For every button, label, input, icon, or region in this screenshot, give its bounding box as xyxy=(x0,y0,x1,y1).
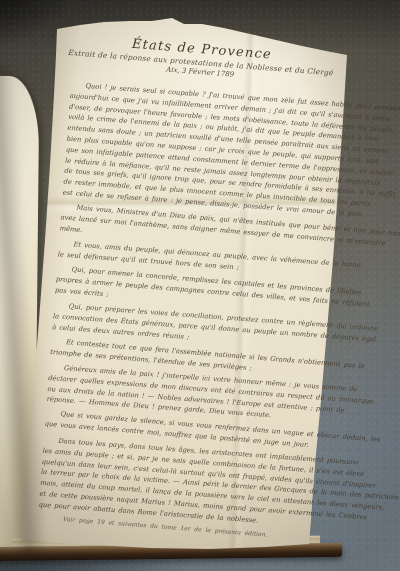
manuscript-paragraph: Dans tous les pays, dans tous les âges, … xyxy=(38,435,317,530)
manuscript-body: Quoi ! je serais seul si coupable ? J'ai… xyxy=(20,78,344,531)
page-content: États de Provence Extrait de la réponse … xyxy=(19,30,348,542)
photo-of-manuscript: États de Provence Extrait de la réponse … xyxy=(0,0,400,571)
manuscript-paragraph: Quoi ! je serais seul si coupable ? J'ai… xyxy=(62,80,344,218)
